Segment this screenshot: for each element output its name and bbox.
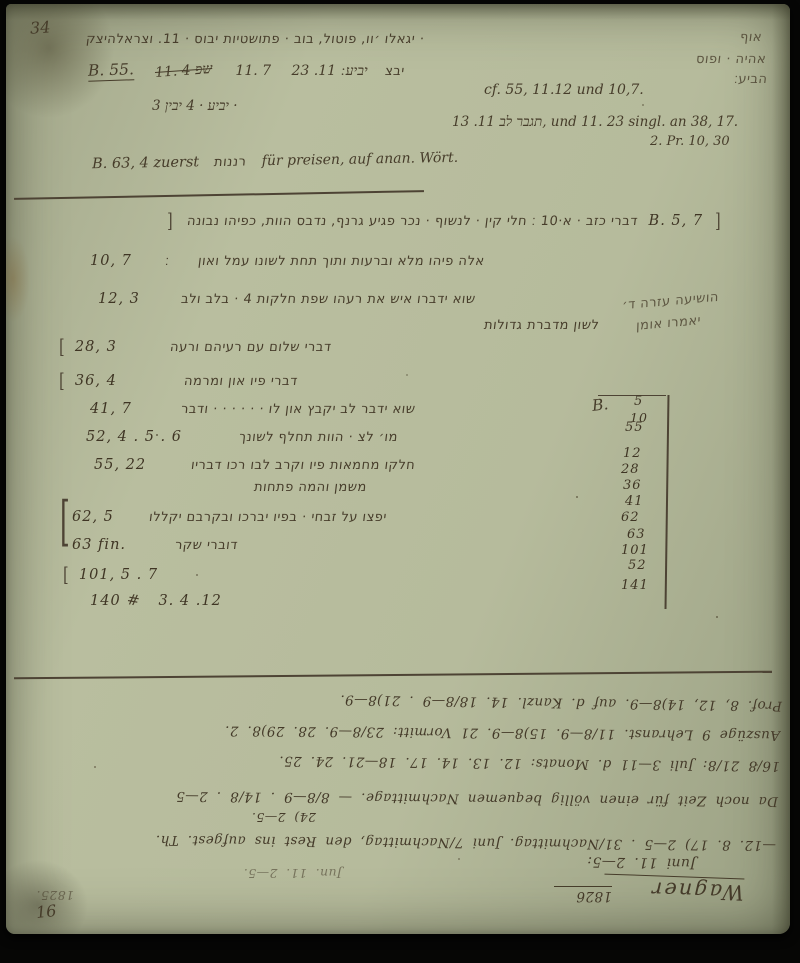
b55-ref: B. 55. xyxy=(88,60,135,82)
b63-ref: B. 63, 4 zuerst xyxy=(92,154,199,172)
year-1825: 1825. xyxy=(26,888,74,903)
inverted-line-4: Da noch Zeit für einen völlig bequemen N… xyxy=(28,787,778,810)
entry-12-3-margin-2: יאמרו אומן xyxy=(635,313,701,334)
inverted-line-5: 24) 2—5. xyxy=(212,810,316,825)
b55-seg4: יבצ xyxy=(384,64,405,79)
inverted-line-1: Prof. 8, 12, 14)8—9. auf d. Kanzl. 14. 1… xyxy=(244,690,782,714)
hebrew-quote: יפצו על זבחי · בפיו יברכו ובקרבם יקללו xyxy=(148,510,388,525)
inverted-line-2: Auszüge 9 Lehranst. 11/8—9. 15)8—9. 21 V… xyxy=(26,721,780,744)
entry-101: [ 101, 5 . 7 xyxy=(62,562,158,586)
entry-10-7: 10, 7 ׃ אלה פיהו מלא וברעות ותוך תחת לשו… xyxy=(90,250,485,269)
edge-stain xyxy=(6,236,30,322)
b55-struck-ref: 11. 4 שפ xyxy=(154,61,212,82)
hebrew-quote: דברי כזב · א·10 ׃ חלי קין · לנשוף · נכר … xyxy=(186,214,639,229)
entry-12-3: 12, 3 שוא ידברו איש את רעהו שפת חלקות 4 … xyxy=(98,288,476,307)
column-right-rule xyxy=(665,395,669,609)
separator-mark: ׃ xyxy=(164,254,170,269)
column-value: 101 xyxy=(621,543,649,558)
hebrew-header-line: יגאלו ׳וו, פוטול, בוב · פתושטיות יבוס · … xyxy=(86,28,466,47)
hebrew-quote: חלקו מחמאות פיו וקרב לבו רכו דבריו xyxy=(190,458,416,473)
inverted-line-7: Jun. 11. 2—5. xyxy=(232,866,342,881)
column-value: 55 xyxy=(625,420,644,435)
folio-number-top: 34 xyxy=(29,17,51,37)
inverted-line-3: 16/8 21/8: Juli 3—11 d. Monats: 12. 13. … xyxy=(24,750,780,774)
entry-b5-7: [ B. 5, 7 דברי כזב · א·10 ׃ חלי קין · לנ… xyxy=(58,208,722,232)
hebrew-quote: מו׳ לצ · הוות תחלף לשונך xyxy=(238,430,399,445)
hebrew-quote: דברי שלום עם רעיהם ורעה xyxy=(169,340,332,355)
column-value: 28 xyxy=(621,462,640,477)
column-value: 141 xyxy=(621,578,649,593)
psalm-index-column: B. 5 10 55 12 28 36 41 62 63 101 52 141 xyxy=(590,388,680,620)
divider-top xyxy=(14,190,424,199)
signature: Wagner xyxy=(604,874,745,905)
margin-note-2: אהיה · ופוס xyxy=(696,52,766,67)
entry-36-4: [ 36, 4 דברי פיו און ומרמה xyxy=(58,368,298,392)
hebrew-quote: דברי פיו און ומרמה xyxy=(183,374,298,389)
entry-12-3-margin-1: הושיעה עזרה ד׳ xyxy=(622,290,720,313)
b63-hebrew-word: רננות xyxy=(213,154,247,170)
proverbs-ref: 2. Pr. 10, 30 xyxy=(650,134,730,149)
column-value: 62 xyxy=(621,510,640,525)
column-label: B. xyxy=(591,395,609,415)
column-value: 12 xyxy=(623,446,642,461)
b55-line: B. 55. 11. 4 שפ 11. 7 יביע ׃ 11. 23 יבצ xyxy=(88,60,404,81)
column-value: 52 xyxy=(628,558,647,573)
bracket-icon: [ xyxy=(59,334,64,358)
entry-62-5: 62, 5 יפצו על זבחי · בפיו יברכו ובקרבם י… xyxy=(72,506,387,525)
hebrew-quote: שוא ידבר לב יקבץ און לו · · · · · · ודבר xyxy=(180,402,416,417)
entry-28-3: [ 28, 3 דברי שלום עם רעיהם ורעה xyxy=(58,334,331,358)
hebrew-quote: שוא ידברו איש את רעהו שפת חלקות 4 · בלב … xyxy=(180,292,476,307)
hebrew-quote: דוברי שקר xyxy=(174,538,239,553)
bracket-icon: [ xyxy=(63,562,68,586)
top-shade xyxy=(6,4,790,20)
bracket-icon: [ xyxy=(167,208,172,232)
manuscript-page: 34 16 יגאלו ׳וו, פוטול, בוב · פתושטיות י… xyxy=(6,4,790,934)
entry-140: 140 # 3. 4 .12 xyxy=(90,590,222,609)
bracket-icon: [ xyxy=(715,208,720,232)
hebrew-quote: אלה פיהו מלא וברעות ותוך תחת לשונו עמל ו… xyxy=(198,254,486,269)
scanned-manuscript-view: 34 16 יגאלו ׳וו, פוטול, בוב · פתושטיות י… xyxy=(0,0,800,963)
entry-55-22: 55, 22 חלקו מחמאות פיו וקרב לבו רכו דברי… xyxy=(94,454,415,473)
bracket-icon: [ xyxy=(59,368,64,392)
cf-note: cf. 55, 11.12 und 10,7. xyxy=(484,82,644,98)
column-value: 5 xyxy=(634,394,643,409)
column-value: 36 xyxy=(623,478,642,493)
column-top-rule xyxy=(598,395,666,396)
entry-55-22-cont: משמן והמה פתחות xyxy=(254,476,367,495)
margin-note-3: הביע׃ xyxy=(734,72,767,87)
inverted-line-6: —12. 8. 17) 2—5 . 31/Nachmittag. Juni 7/… xyxy=(30,831,776,854)
entry-12-3-cont: לשון מדברת גדולות xyxy=(484,314,599,333)
entry-52: 52, 4 . 5 . 6 מו׳ לצ · הוות תחלף לשונך xyxy=(86,426,398,445)
psalm-ref: B. 5, 7 xyxy=(649,213,704,229)
verse-count-line: 3 יביע · 4 יבין · xyxy=(152,98,238,114)
divider-bottom xyxy=(14,671,772,679)
margin-note-1: אוף xyxy=(740,30,762,45)
b63-line: B. 63, 4 zuerst רננות für preisen, auf a… xyxy=(92,147,458,172)
inverted-date-line: Juni 11. 2—5: xyxy=(556,853,696,871)
b55-seg3: 11. 23 xyxy=(292,63,337,79)
column-value: 41 xyxy=(625,494,644,509)
folio-number-bottom: 16 xyxy=(35,901,57,922)
entry-41-7: 41, 7 שוא ידבר לב יקבץ און לו · · · · · … xyxy=(90,398,415,417)
singular-note: תגבר לב 11. 13, und 11. 23 singl. an 38,… xyxy=(452,114,738,130)
entry-63-fin: 63 fin. דוברי שקר xyxy=(72,534,238,553)
column-value: 63 xyxy=(627,527,646,542)
hash-mark: # xyxy=(125,590,141,610)
b63-note: für preisen, auf anan. Wört. xyxy=(262,150,459,169)
hebrew-header-text: יגאלו ׳וו, פוטול, בוב · פתושטיות יבוס · … xyxy=(85,32,425,47)
